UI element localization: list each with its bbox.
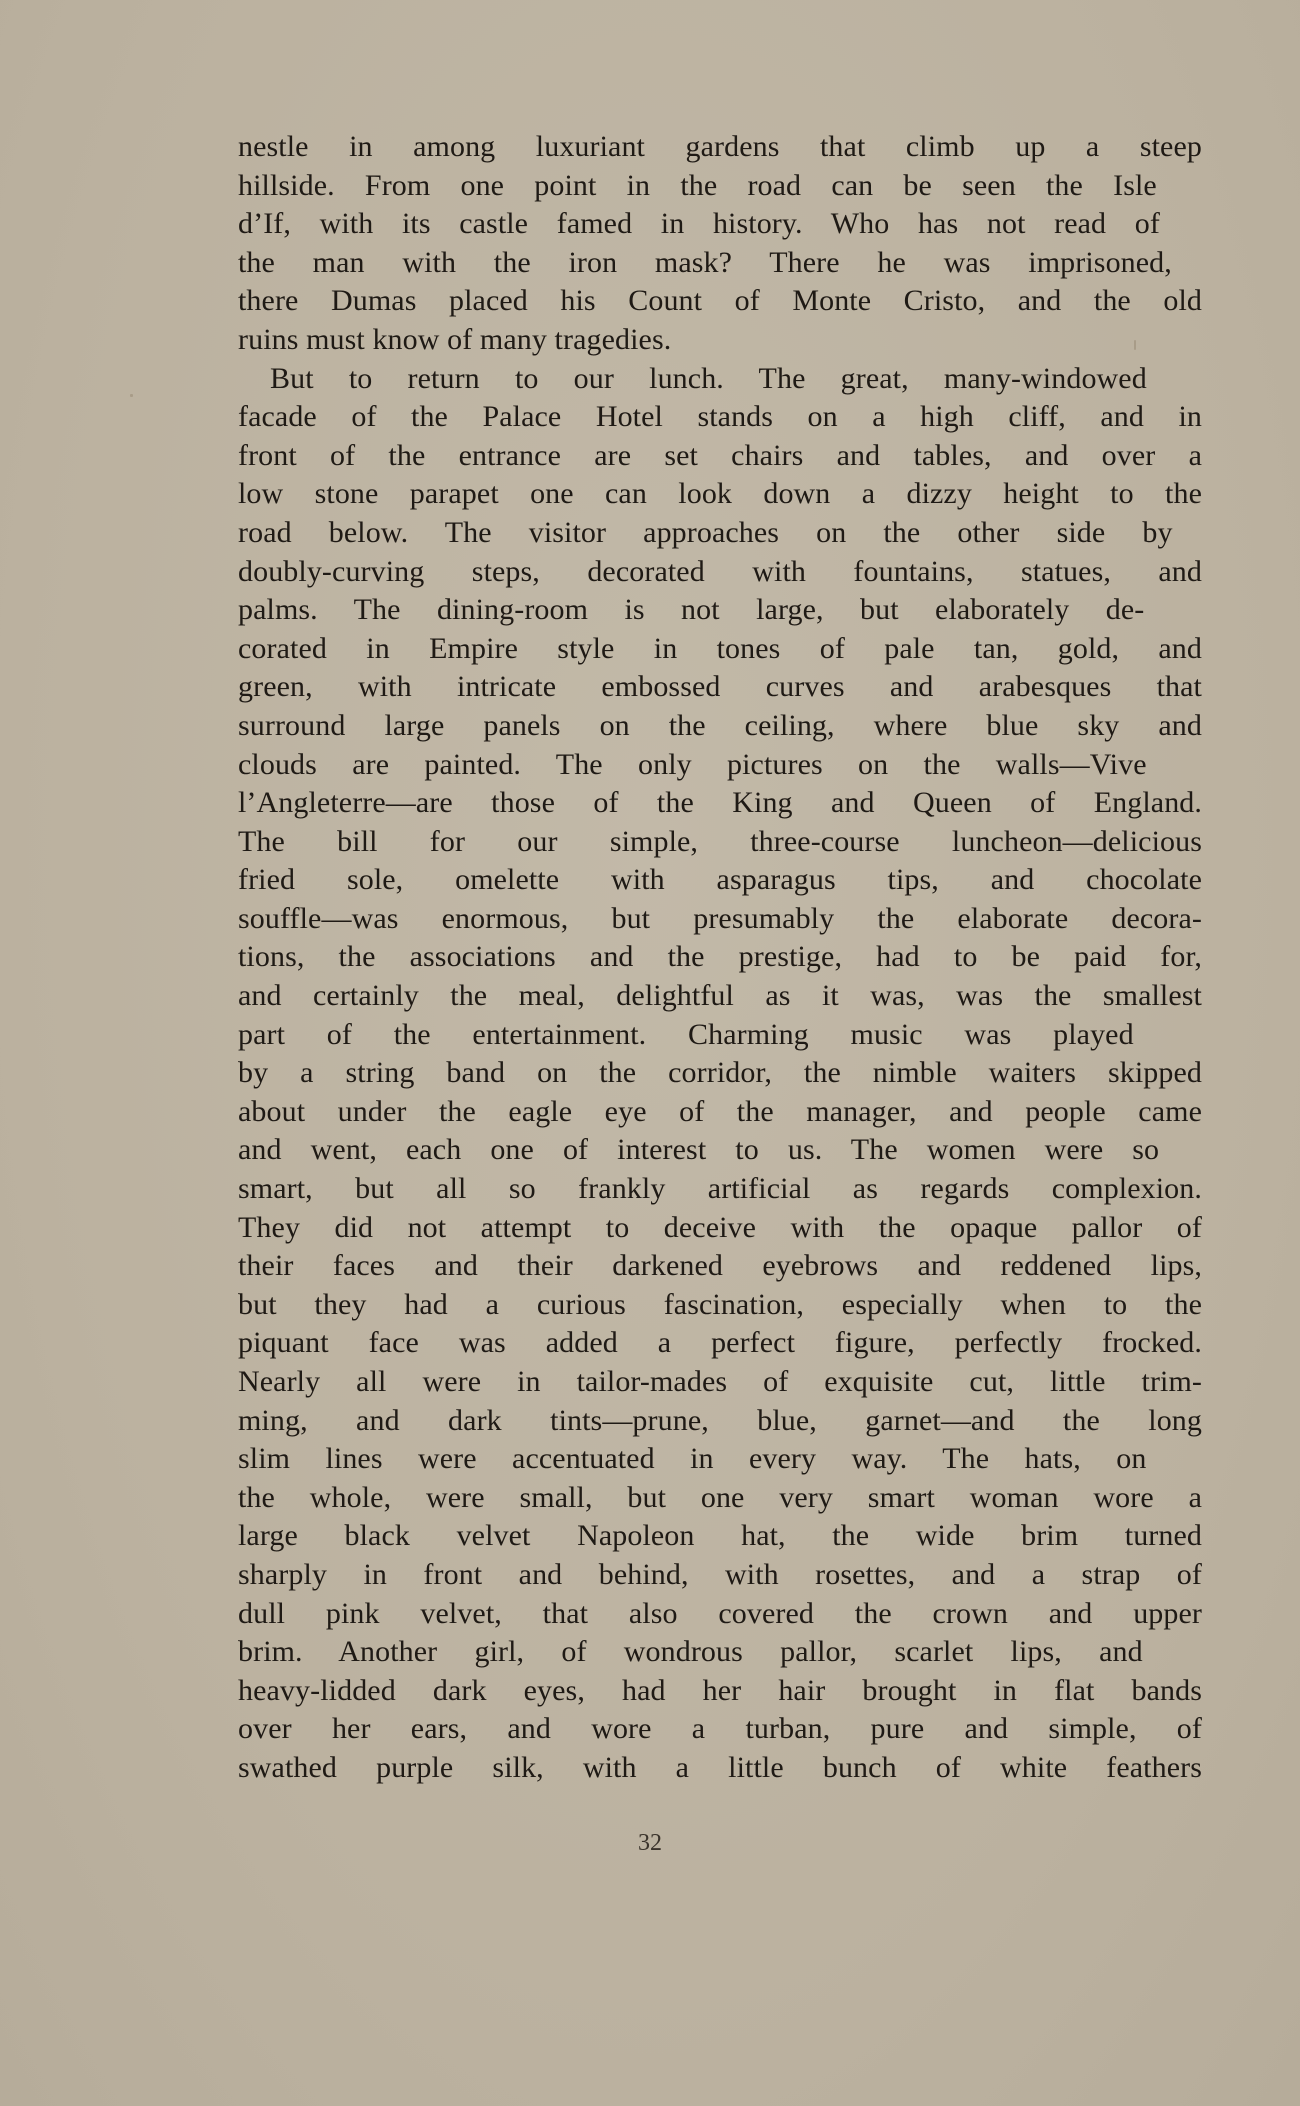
text-line: The bill for our simple, three-course lu… [238, 823, 1202, 862]
text-line: the man with the iron mask? There he was… [238, 244, 1202, 283]
text-line: dull pink velvet, that also covered the … [238, 1595, 1202, 1634]
text-line: fried sole, omelette with asparagus tips… [238, 861, 1202, 900]
text-line: swathed purple silk, with a little bunch… [238, 1749, 1202, 1788]
text-line: hillside. From one point in the road can… [238, 167, 1202, 206]
text-line: and certainly the meal, delightful as it… [238, 977, 1202, 1016]
text-line: l’Angleterre—are those of the King and Q… [238, 784, 1202, 823]
text-line: their faces and their darkened eyebrows … [238, 1247, 1202, 1286]
text-line: sharply in front and behind, with rosett… [238, 1556, 1202, 1595]
page-number: 32 [0, 1830, 1300, 1857]
text-line: palms. The dining-room is not large, but… [238, 591, 1202, 630]
paper-speck [130, 394, 133, 397]
text-line: over her ears, and wore a turban, pure a… [238, 1710, 1202, 1749]
text-line: tions, the associations and the prestige… [238, 938, 1202, 977]
text-line: d’If, with its castle famed in history. … [238, 205, 1202, 244]
text-line: there Dumas placed his Count of Monte Cr… [238, 282, 1202, 321]
text-line: front of the entrance are set chairs and… [238, 437, 1202, 476]
text-line: part of the entertainment. Charming musi… [238, 1016, 1202, 1055]
text-line: but they had a curious fascination, espe… [238, 1286, 1202, 1325]
text-line: heavy-lidded dark eyes, had her hair bro… [238, 1672, 1202, 1711]
text-line: brim. Another girl, of wondrous pallor, … [238, 1633, 1202, 1672]
text-line-paragraph-start: But to return to our lunch. The great, m… [238, 360, 1202, 399]
text-line: nestle in among luxuriant gardens that c… [238, 128, 1202, 167]
text-line: souffle—was enormous, but presumably the… [238, 900, 1202, 939]
text-line: smart, but all so frankly artificial as … [238, 1170, 1202, 1209]
text-line: ming, and dark tints—prune, blue, garnet… [238, 1402, 1202, 1441]
text-line: surround large panels on the ceiling, wh… [238, 707, 1202, 746]
text-line: piquant face was added a perfect figure,… [238, 1324, 1202, 1363]
text-line: clouds are painted. The only pictures on… [238, 746, 1202, 785]
text-line: doubly-curving steps, decorated with fou… [238, 553, 1202, 592]
text-line: facade of the Palace Hotel stands on a h… [238, 398, 1202, 437]
paper-speck [1134, 340, 1136, 350]
text-line-paragraph-end: ruins must know of many tragedies. [238, 321, 1202, 360]
text-line: and went, each one of interest to us. Th… [238, 1131, 1202, 1170]
text-line: slim lines were accentuated in every way… [238, 1440, 1202, 1479]
text-line: corated in Empire style in tones of pale… [238, 630, 1202, 669]
text-line: the whole, were small, but one very smar… [238, 1479, 1202, 1518]
book-page-text: nestle in among luxuriant gardens that c… [238, 128, 1202, 1788]
text-line: about under the eagle eye of the manager… [238, 1093, 1202, 1132]
text-line: They did not attempt to deceive with the… [238, 1209, 1202, 1248]
text-line: Nearly all were in tailor-mades of exqui… [238, 1363, 1202, 1402]
text-line: large black velvet Napoleon hat, the wid… [238, 1517, 1202, 1556]
text-line: green, with intricate embossed curves an… [238, 668, 1202, 707]
text-line: road below. The visitor approaches on th… [238, 514, 1202, 553]
text-line: low stone parapet one can look down a di… [238, 475, 1202, 514]
text-line: by a string band on the corridor, the ni… [238, 1054, 1202, 1093]
